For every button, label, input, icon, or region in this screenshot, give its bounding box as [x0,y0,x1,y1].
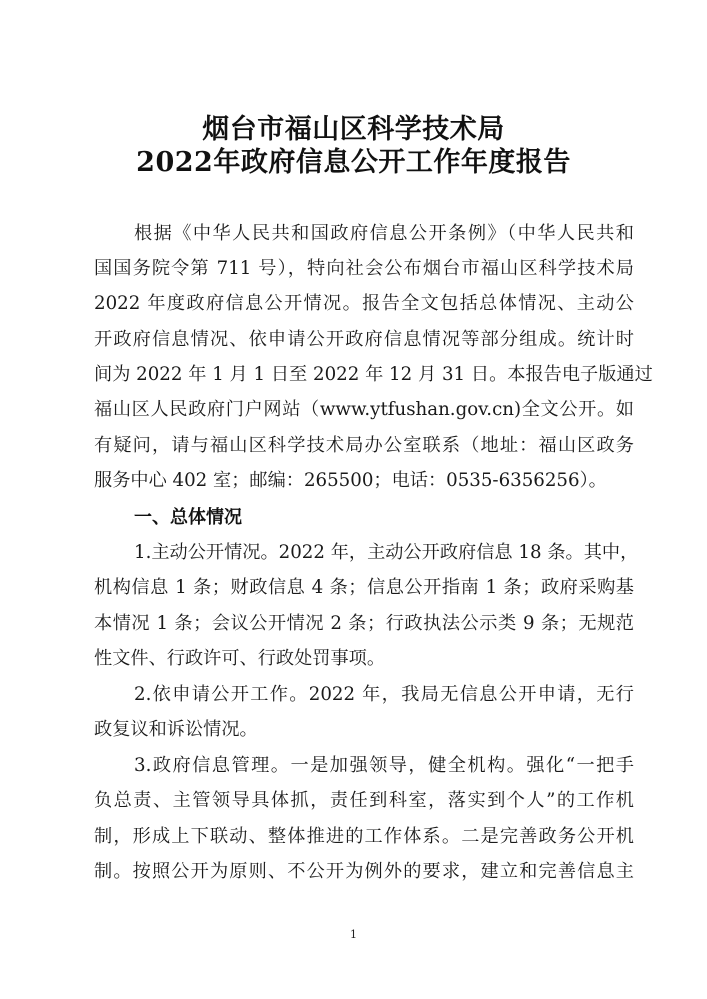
intro-paragraph-line: 间为 2022 年 1 月 1 日至 2022 年 12 月 31 日。本报告电… [94,363,634,387]
page-number: 1 [0,928,707,941]
intro-paragraph-line: 开政府信息情况、依申请公开政府信息情况等部分组成。统计时 [94,328,634,352]
item-2-line: 政复议和诉讼情况。 [94,718,634,742]
item-1-line: 本情况 1 条；会议公开情况 2 条；行政执法公示类 9 条；无规范 [94,612,634,636]
item-3-line: 负总责、主管领导具体抓，责任到科室，落实到个人”的工作机 [94,789,634,813]
document-page: 烟台市福山区科学技术局 2022年政府信息公开工作年度报告 根据《中华人民共和国… [0,0,707,999]
intro-paragraph-line: 有疑问，请与福山区科学技术局办公室联系（地址：福山区政务 [94,434,634,458]
document-title-line-1: 烟台市福山区科学技术局 [0,113,707,147]
intro-paragraph-line: 根据《中华人民共和国政府信息公开条例》（中华人民共和 [134,222,634,246]
intro-paragraph-line: 福山区人民政府门户网站（www.ytfushan.gov.cn)全文公开。如 [94,398,634,422]
item-1-line: 机构信息 1 条；财政信息 4 条；信息公开指南 1 条；政府采购基 [94,576,634,600]
item-3-line: 制。按照公开为原则、不公开为例外的要求，建立和完善信息主 [94,860,634,884]
item-1-line: 1.主动公开情况。2022 年，主动公开政府信息 18 条。其中， [134,541,634,565]
intro-paragraph-line: 服务中心 402 室；邮编：265500；电话：0535-6356256）。 [94,469,634,493]
item-2-line: 2.依申请公开工作。2022 年，我局无信息公开申请，无行 [134,683,634,707]
section-heading-overview: 一、总体情况 [134,506,242,530]
document-title-line-2: 2022年政府信息公开工作年度报告 [0,146,707,180]
item-1-line: 性文件、行政许可、行政处罚事项。 [94,647,634,671]
item-3-line: 3.政府信息管理。一是加强领导，健全机构。强化“一把手 [134,754,634,778]
intro-paragraph-line: 国国务院令第 711 号），特向社会公布烟台市福山区科学技术局 [94,257,634,281]
item-3-line: 制，形成上下联动、整体推进的工作体系。二是完善政务公开机 [94,825,634,849]
intro-paragraph-line: 2022 年度政府信息公开情况。报告全文包括总体情况、主动公 [94,292,634,316]
